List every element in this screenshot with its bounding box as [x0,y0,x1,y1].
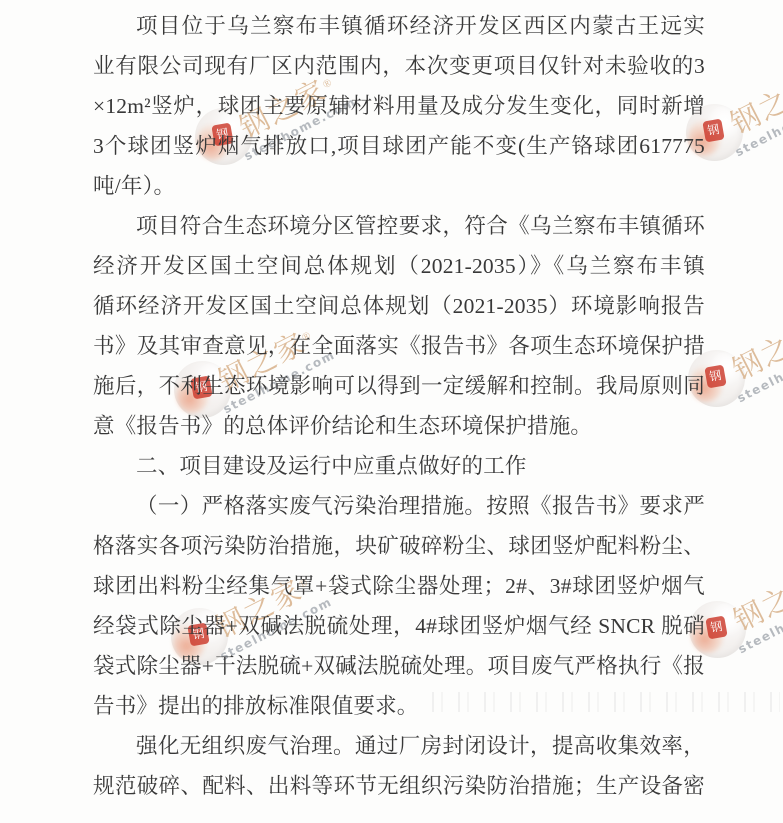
text-line: 吨/年）。 [93,166,705,206]
text-line: 规范破碎、配料、出料等环节无组织污染防治措施；生产设备密 [93,766,705,806]
document-page: 钢 钢之家® steelhome.com 钢 钢之家® steelhome.co… [0,0,783,823]
watermark-domain-text: steelhome.com [735,337,783,406]
text-line: 袋式除尘器+干法脱硫+双碱法脱硫处理。项目废气严格执行《报 [93,646,705,686]
text-line: 告书》提出的排放标准限值要求。 [93,686,705,726]
text-line: 业有限公司现有厂区内范围内，本次变更项目仅针对未验收的3 [93,46,705,86]
watermark-brand-text: 钢之家® [725,306,783,389]
text-line: 格落实各项污染防治措施，块矿破碎粉尘、球团竖炉配料粉尘、 [93,526,705,566]
text-line: 球团出料粉尘经集气罩+袋式除尘器处理；2#、3#球团竖炉烟气 [93,566,705,606]
watermark-domain-text: steelhome.com [733,91,783,160]
watermark-brand-text: 钢之家® [723,60,783,143]
text-line: 项目符合生态环境分区管控要求，符合《乌兰察布丰镇循环 [93,206,705,246]
paragraph: 项目位于乌兰察布丰镇循环经济开发区西区内蒙古王远实业有限公司现有厂区内范围内，本… [93,6,705,206]
paragraph: 强化无组织废气治理。通过厂房封闭设计，提高收集效率，规范破碎、配料、出料等环节无… [93,726,705,806]
text-line: ×12m²竖炉，球团主要原辅材料用量及成分发生变化，同时新增 [93,86,705,126]
paragraph: （一）严格落实废气污染治理措施。按照《报告书》要求严格落实各项污染防治措施，块矿… [93,486,705,726]
document-body: 项目位于乌兰察布丰镇循环经济开发区西区内蒙古王远实业有限公司现有厂区内范围内，本… [93,6,705,806]
text-line: 施后，不利生态环境影响可以得到一定缓解和控制。我局原则同 [93,366,705,406]
text-line: 循环经济开发区国土空间总体规划（2021-2035）环境影响报告 [93,286,705,326]
watermark-domain-text: steelhome.com [736,588,783,657]
steelhome-badge-icon: 钢 [702,119,724,143]
text-line: 意《报告书》的总体评价结论和生态环境保护措施。 [93,406,705,446]
paragraph: 项目符合生态环境分区管控要求，符合《乌兰察布丰镇循环经济开发区国土空间总体规划（… [93,206,705,446]
text-line: 书》及其审查意见，在全面落实《报告书》各项生态环境保护措 [93,326,705,366]
text-line: 经济开发区国土空间总体规划（2021-2035）》《乌兰察布丰镇 [93,246,705,286]
steelhome-badge-icon: 钢 [704,365,726,389]
steelhome-badge-icon: 钢 [705,616,727,640]
text-line: （一）严格落实废气污染治理措施。按照《报告书》要求严 [93,486,705,526]
text-line: 二、项目建设及运行中应重点做好的工作 [93,446,705,486]
watermark-brand-text: 钢之家® [726,557,783,640]
text-line: 经袋式除尘器+双碱法脱硫处理，4#球团竖炉烟气经 SNCR 脱硝+ [93,606,705,646]
text-line: 3个球团竖炉烟气排放口,项目球团产能不变(生产铬球团617775 [93,126,705,166]
paragraph: 二、项目建设及运行中应重点做好的工作 [93,446,705,486]
text-line: 强化无组织废气治理。通过厂房封闭设计，提高收集效率， [93,726,705,766]
text-line: 项目位于乌兰察布丰镇循环经济开发区西区内蒙古王远实 [93,6,705,46]
